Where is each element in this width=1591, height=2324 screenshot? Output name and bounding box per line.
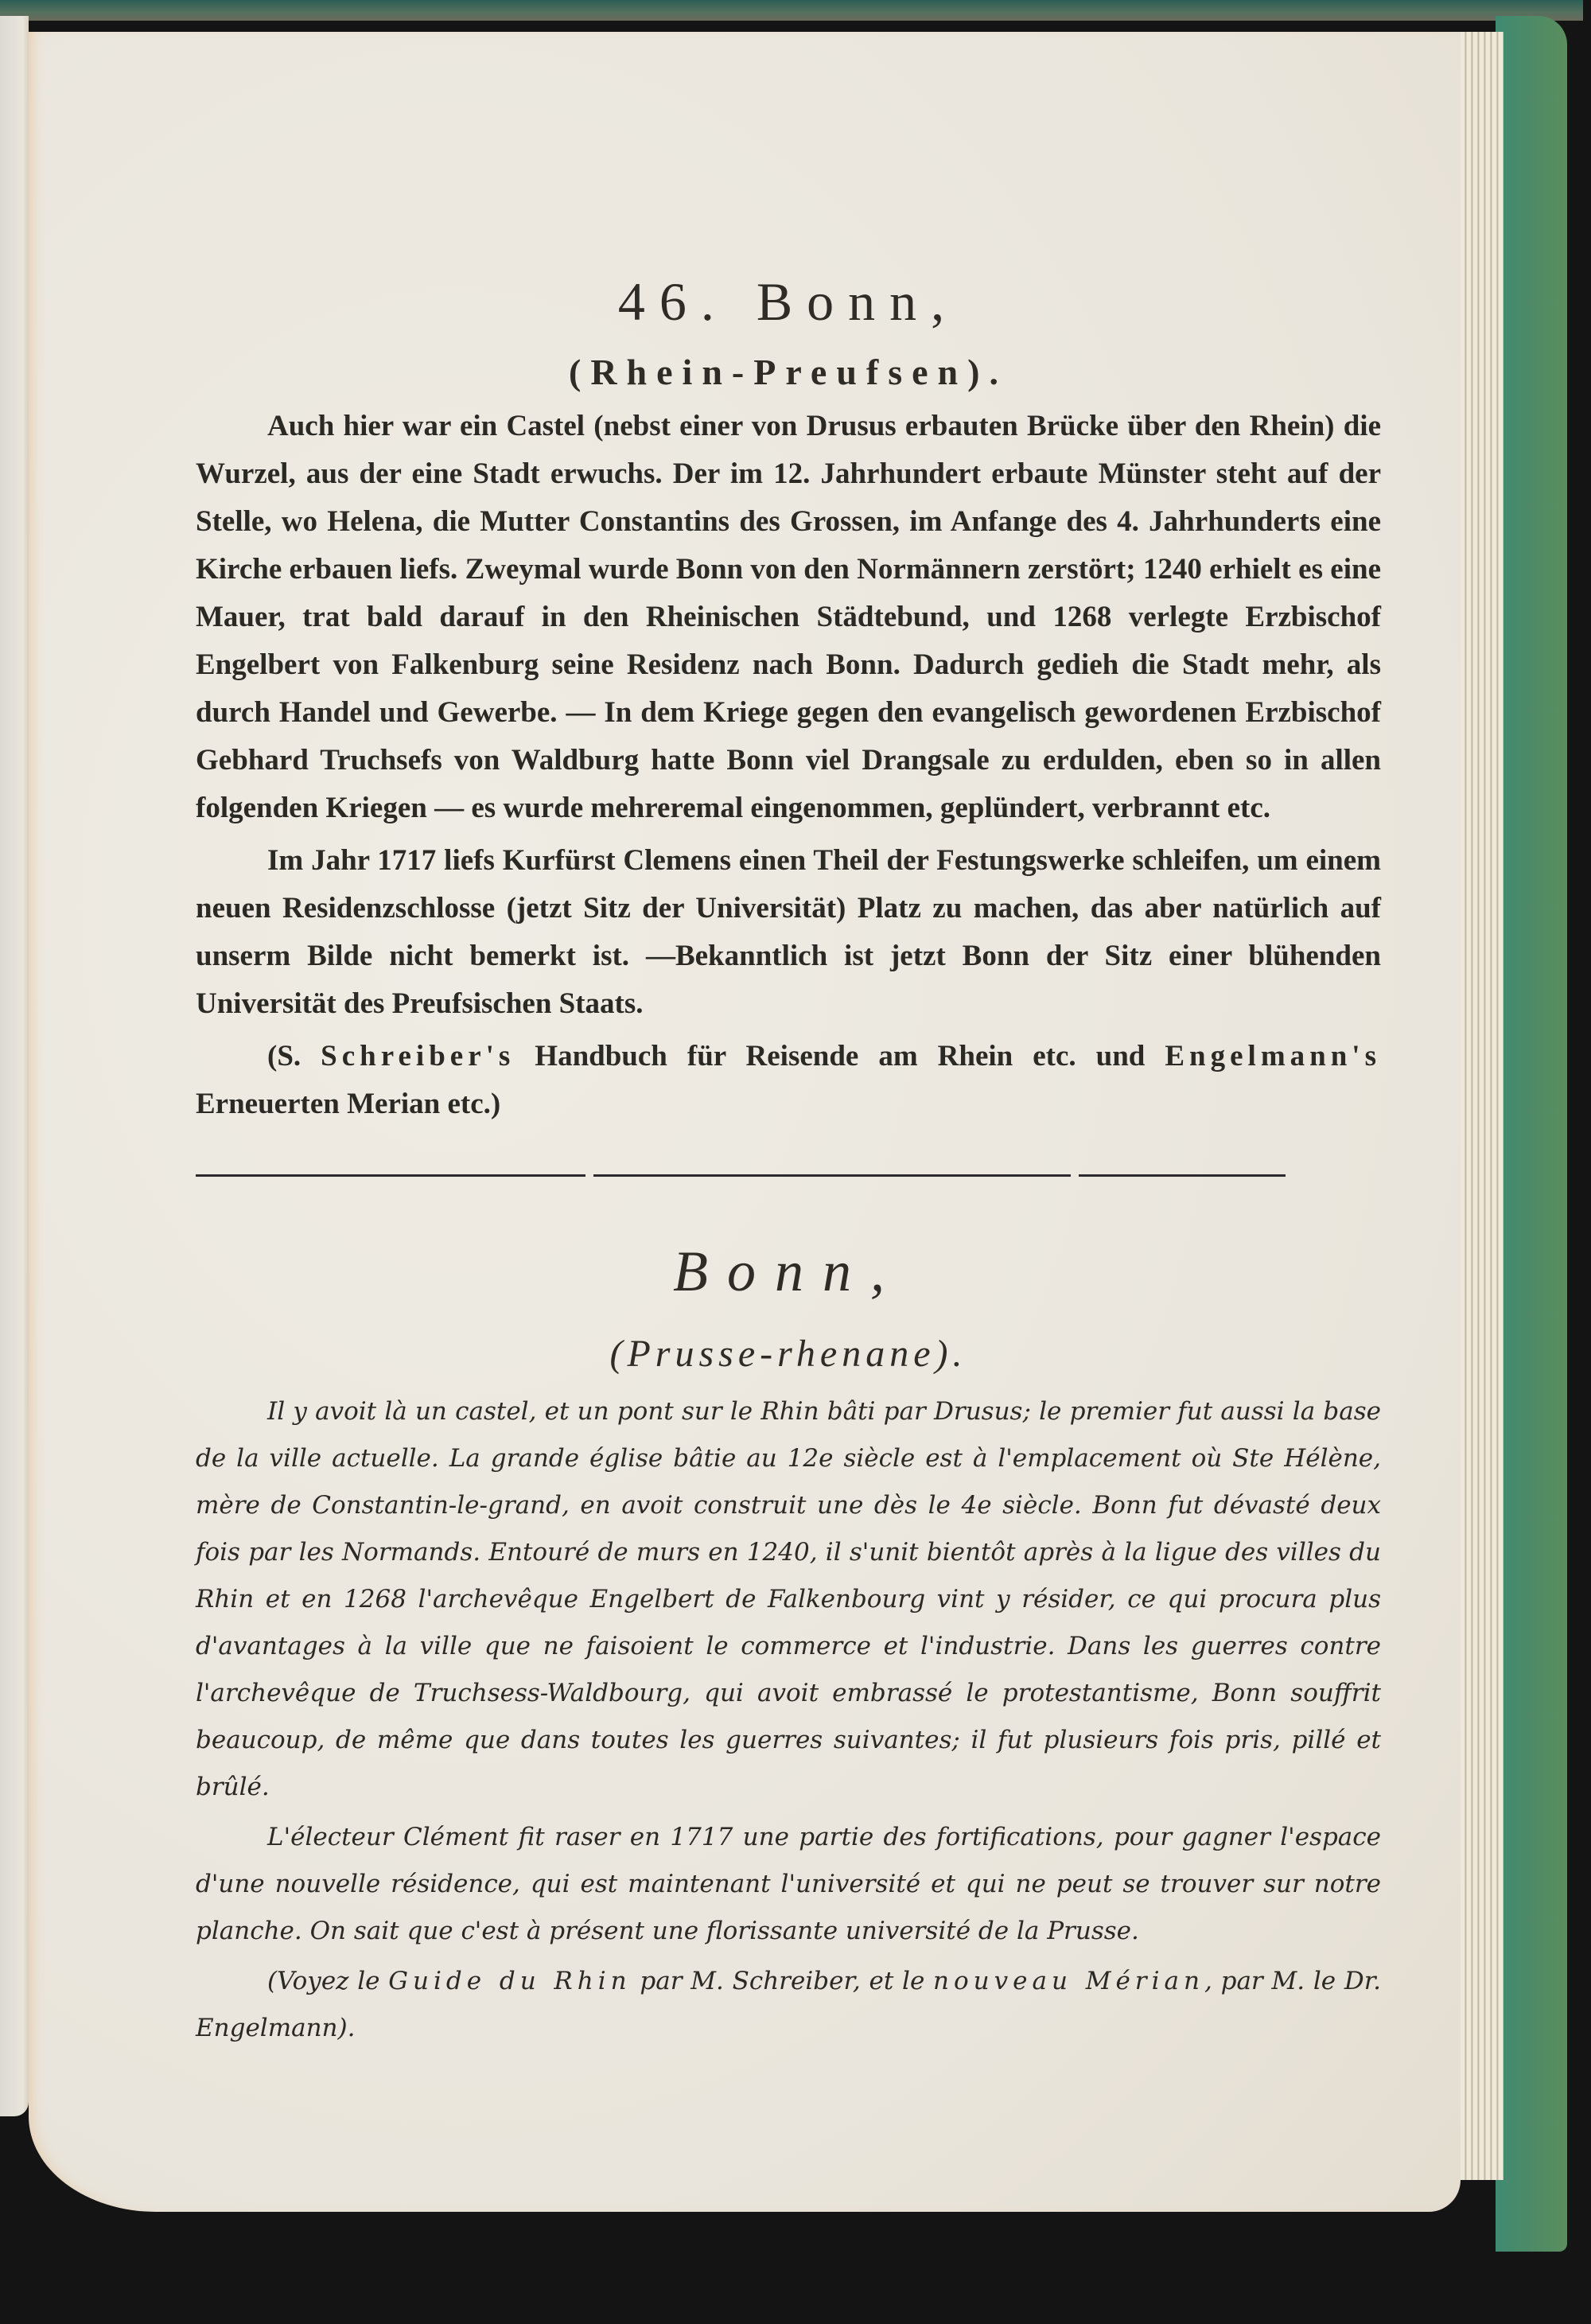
ref-open: (S. xyxy=(267,1040,321,1072)
french-paragraph-2: L'électeur Clément fit raser en 1717 une… xyxy=(196,1814,1381,1955)
ref-end: Erneuerten Merian etc.) xyxy=(196,1088,500,1120)
german-section: 46. Bonn, (Rhein-Preufsen). Auch hier wa… xyxy=(196,271,1381,1128)
ref-author-engelmann: Engelmann's xyxy=(1165,1040,1381,1072)
facing-page-edge xyxy=(0,16,29,2116)
french-reference: (Voyez le Guide du Rhin par M. Schreiber… xyxy=(196,1958,1381,2052)
ref-mid: Handbuch für Reisende am Rhein etc. und xyxy=(515,1040,1165,1072)
german-reference: (S. Schreiber's Handbuch für Reisende am… xyxy=(196,1033,1381,1128)
french-section: Bonn, (Prusse-rhenane). Il y avoit là un… xyxy=(196,1239,1381,2052)
french-subtitle: (Prusse-rhenane). xyxy=(196,1332,1381,1376)
book-page: 46. Bonn, (Rhein-Preufsen). Auch hier wa… xyxy=(29,32,1461,2212)
book-top-edge xyxy=(0,0,1583,21)
french-paragraph-1: Il y avoit là un castel, et un pont sur … xyxy=(196,1388,1381,1811)
ref-mid: par M. Schreiber, et le xyxy=(632,1967,933,1995)
ref-merian: nouveau Mérian xyxy=(933,1967,1204,1995)
book-cover-green xyxy=(1496,16,1567,2252)
ref-open: (Voyez le xyxy=(267,1967,388,1995)
german-paragraph-2: Im Jahr 1717 liefs Kurfürst Clemens eine… xyxy=(196,837,1381,1028)
german-subtitle: (Rhein-Preufsen). xyxy=(196,351,1381,393)
german-paragraph-1: Auch hier war ein Castel (nebst einer vo… xyxy=(196,403,1381,832)
ref-guide: Guide du Rhin xyxy=(388,1967,631,1995)
page-content: 46. Bonn, (Rhein-Preufsen). Auch hier wa… xyxy=(196,223,1381,2052)
french-title: Bonn, xyxy=(196,1239,1381,1305)
german-title: 46. Bonn, xyxy=(196,271,1381,333)
section-divider xyxy=(196,1174,1381,1177)
divider-rule-2 xyxy=(593,1174,1071,1177)
ref-author-schreiber: Schreiber's xyxy=(321,1040,515,1072)
divider-rule-3 xyxy=(1079,1174,1286,1177)
divider-rule-1 xyxy=(196,1174,585,1177)
